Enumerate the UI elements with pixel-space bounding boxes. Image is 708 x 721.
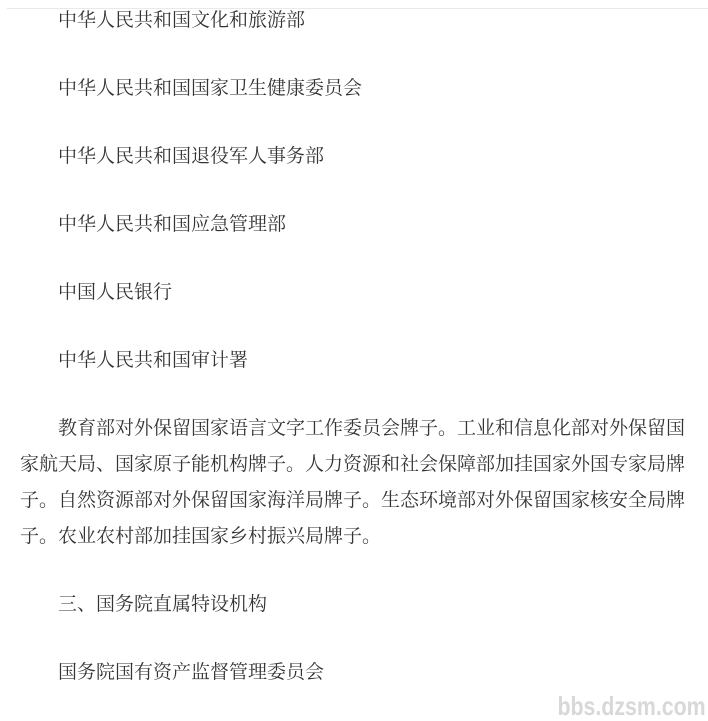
section-heading: 三、国务院直属特设机构 — [20, 587, 696, 623]
page: { "page": { "background": "#ffffff", "te… — [0, 0, 708, 721]
document-body: 中华人民共和国文化和旅游部 中华人民共和国国家卫生健康委员会 中华人民共和国退役… — [20, 3, 696, 721]
ministry-item: 中华人民共和国审计署 — [20, 343, 696, 379]
ministry-item: 中华人民共和国国家卫生健康委员会 — [20, 71, 696, 107]
ministry-item: 中华人民共和国退役军人事务部 — [20, 139, 696, 175]
ministry-item: 中华人民共和国应急管理部 — [20, 207, 696, 243]
ministry-item: 中国人民银行 — [20, 275, 696, 311]
site-watermark: bbs.dzsm.com — [558, 693, 706, 719]
org-item: 国务院国有资产监督管理委员会 — [20, 655, 696, 691]
ministry-item: 中华人民共和国文化和旅游部 — [20, 3, 696, 39]
note-paragraph: 教育部对外保留国家语言文字工作委员会牌子。工业和信息化部对外保留国家航天局、国家… — [20, 411, 696, 555]
